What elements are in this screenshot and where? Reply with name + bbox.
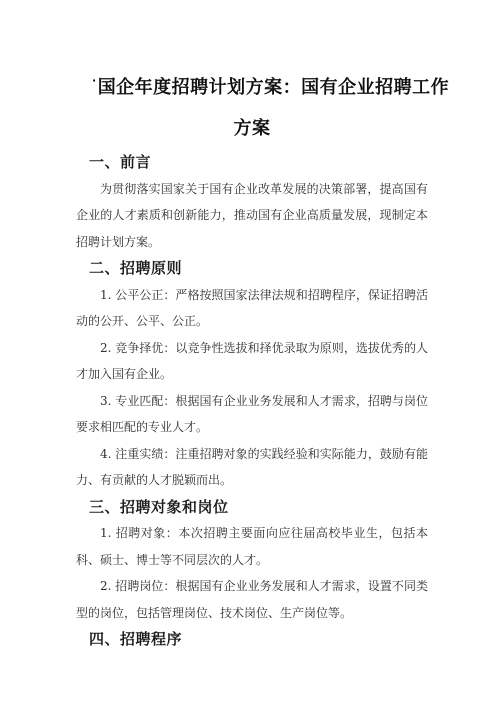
paragraph: 4. 注重实绩：注重招聘对象的实践经验和实际能力，鼓励有能力、有贡献的人才脱颖而… [76, 441, 428, 494]
paragraph: 1. 公平公正：严格按照国家法律法规和招聘程序，保证招聘活动的公开、公平、公正。 [76, 282, 428, 335]
paragraph: 2. 竞争择优：以竞争性选拔和择优录取为原则，选拔优秀的人才加入国有企业。 [76, 335, 428, 388]
section-heading-targets-positions: 三、招聘对象和岗位 [76, 494, 428, 521]
paragraph: 为贯彻落实国家关于国有企业改革发展的决策部署，提高国有企业的人才素质和创新能力，… [76, 176, 428, 256]
paragraph: 3. 专业匹配：根据国有企业业务发展和人才需求，招聘与岗位要求相匹配的专业人才。 [76, 388, 428, 441]
document-title-line1-text: 国企年度招聘计划方案：国有企业招聘工作 [98, 77, 450, 98]
paragraph: 2. 招聘岗位：根据国有企业业务发展和人才需求，设置不同类型的岗位，包括管理岗位… [76, 573, 428, 626]
document-title-line2: 方案 [76, 108, 428, 149]
document-title: ·国企年度招聘计划方案：国有企业招聘工作 方案 [76, 60, 428, 149]
title-mark: · [92, 74, 97, 87]
document-body: 一、前言 为贯彻落实国家关于国有企业改革发展的决策部署，提高国有企业的人才素质和… [76, 149, 428, 653]
section-heading-preface: 一、前言 [76, 149, 428, 176]
paragraph: 1. 招聘对象：本次招聘主要面向应往届高校毕业生，包括本科、硕士、博士等不同层次… [76, 520, 428, 573]
document-title-line1: ·国企年度招聘计划方案：国有企业招聘工作 [92, 60, 444, 108]
section-heading-procedure: 四、招聘程序 [76, 626, 428, 653]
document-page: ·国企年度招聘计划方案：国有企业招聘工作 方案 一、前言 为贯彻落实国家关于国有… [0, 0, 500, 707]
section-heading-principles: 二、招聘原则 [76, 255, 428, 282]
